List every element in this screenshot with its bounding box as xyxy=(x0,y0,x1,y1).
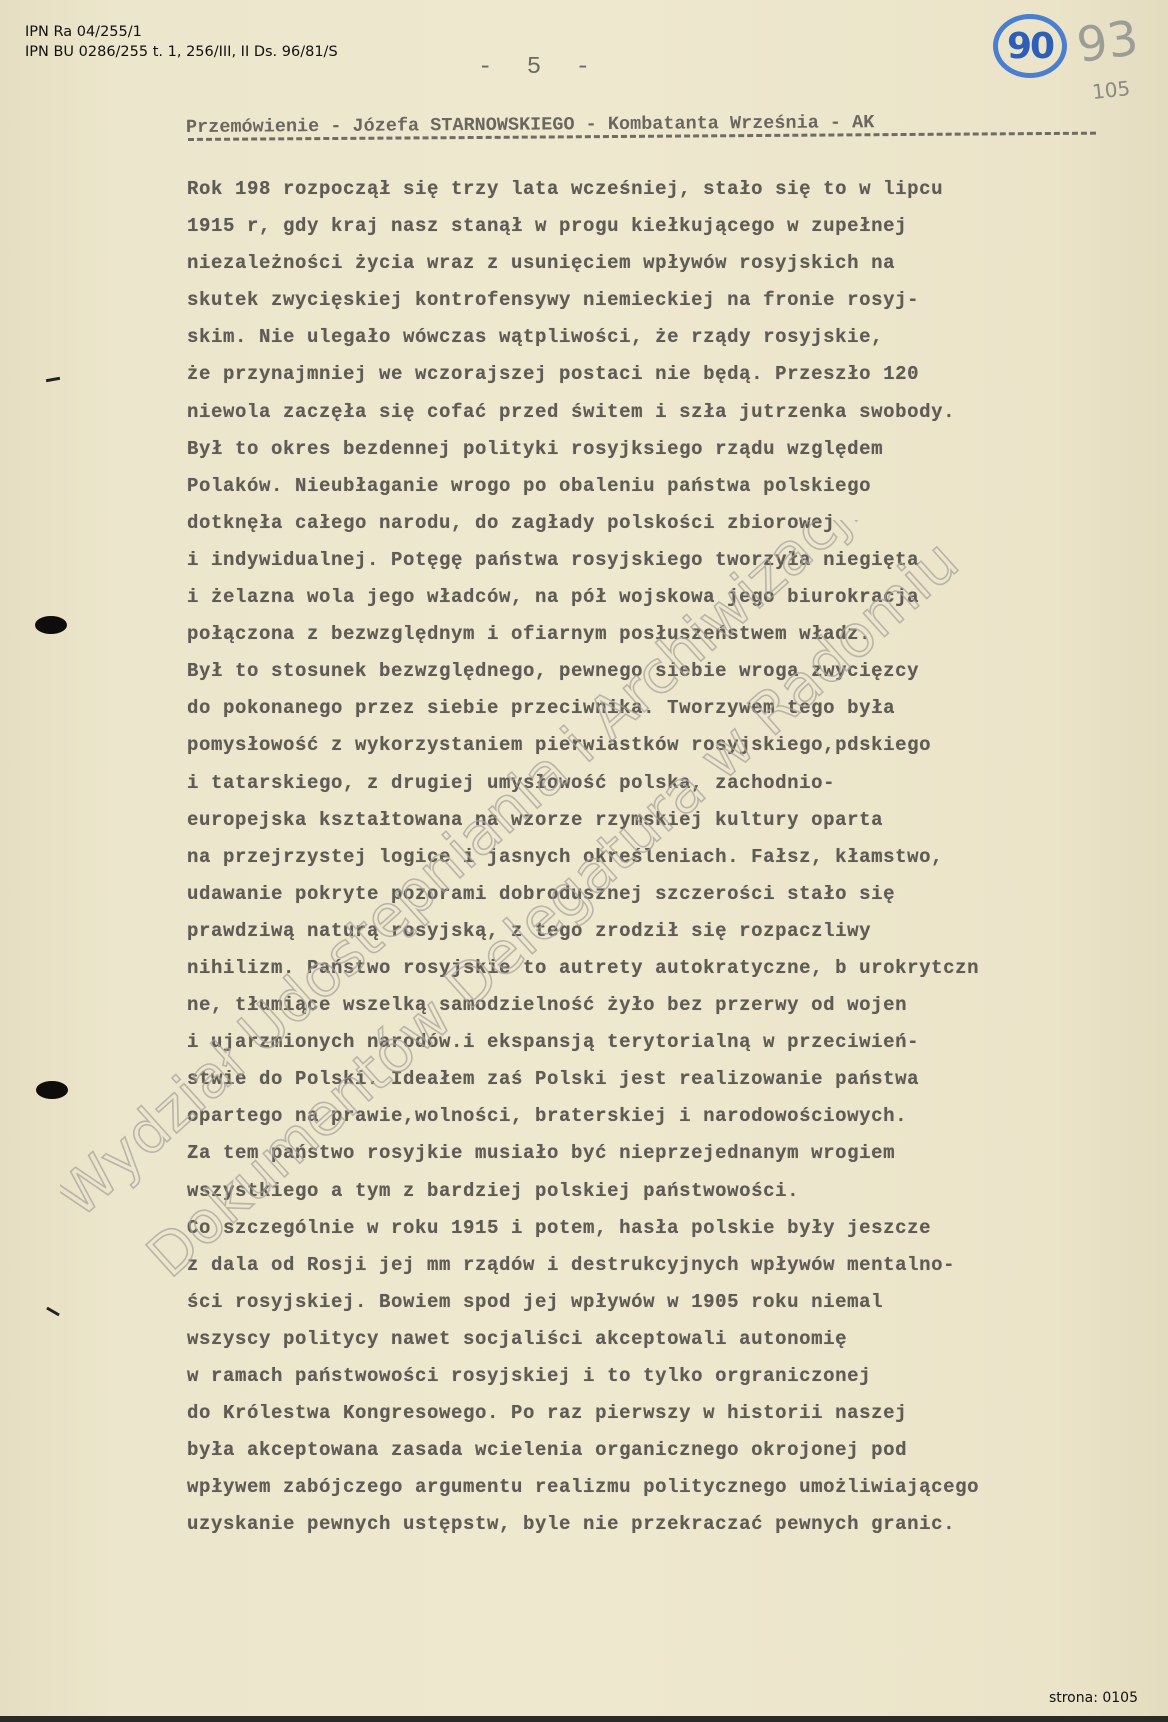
scan-bottom-edge xyxy=(0,1716,1168,1722)
page-marker: - 5 - xyxy=(478,54,600,81)
body-line: dotknęła całego narodu, do zagłady polsk… xyxy=(187,512,1168,549)
body-line: Za tem państwo rosyjkie musiało być niep… xyxy=(187,1142,1168,1179)
body-line: wpływem zabójczego argumentu realizmu po… xyxy=(187,1476,1168,1513)
handwritten-folio-subnumber: 105 xyxy=(1091,76,1131,104)
archive-reference: IPN Ra 04/255/1 IPN BU 0286/255 t. 1, 25… xyxy=(25,22,338,62)
body-line: Co szczególnie w roku 1915 i potem, hasł… xyxy=(187,1217,1168,1254)
body-line: stwie do Polski. Ideałem zaś Polski jest… xyxy=(187,1068,1168,1105)
body-line: nihilizm. Państwo rosyjskie to autrety a… xyxy=(187,957,1168,994)
body-line: niezależności życia wraz z usunięciem wp… xyxy=(187,252,1168,289)
body-line: pomysłowość z wykorzystaniem pierwiastkó… xyxy=(187,734,1168,771)
body-line: Rok 198 rozpoczął się trzy lata wcześnie… xyxy=(187,178,1168,215)
body-line: z dala od Rosji jej mm rządów i destrukc… xyxy=(187,1254,1168,1291)
body-line: niewola zaczęła się cofać przed świtem i… xyxy=(187,401,1168,438)
body-line: Był to stosunek bezwzględnego, pewnego s… xyxy=(187,660,1168,697)
archive-reference-line-2: IPN BU 0286/255 t. 1, 256/III, II Ds. 96… xyxy=(25,42,338,62)
punch-hole xyxy=(35,616,67,634)
handwritten-folio-number: 93 xyxy=(1073,10,1141,74)
body-line: była akceptowana zasada wcielenia organi… xyxy=(187,1439,1168,1476)
body-line: opartego na prawie,wolności, braterskiej… xyxy=(187,1105,1168,1142)
archive-stamp: 90 xyxy=(993,14,1067,78)
body-line: na przejrzystej logice i jasnych określe… xyxy=(187,846,1168,883)
body-line: 1915 r, gdy kraj nasz stanął w progu kie… xyxy=(187,215,1168,252)
body-line: do Królestwa Kongresowego. Po raz pierws… xyxy=(187,1402,1168,1439)
ink-mark xyxy=(46,377,60,382)
body-line: i żelazna wola jego władców, na pół wojs… xyxy=(187,586,1168,623)
body-line: skim. Nie ulegało wówczas wątpliwości, ż… xyxy=(187,326,1168,363)
body-line: połączona z bezwzględnym i ofiarnym posł… xyxy=(187,623,1168,660)
body-line: Był to okres bezdennej polityki rosyjksi… xyxy=(187,438,1168,475)
body-line: Polaków. Nieubłaganie wrogo po obaleniu … xyxy=(187,475,1168,512)
body-line: że przynajmniej we wczorajszej postaci n… xyxy=(187,363,1168,400)
punch-hole xyxy=(36,1081,68,1099)
archive-reference-line-1: IPN Ra 04/255/1 xyxy=(25,22,338,42)
document-body: Rok 198 rozpoczął się trzy lata wcześnie… xyxy=(187,178,1168,1550)
body-line: ści rosyjskiej. Bowiem spod jej wpływów … xyxy=(187,1291,1168,1328)
document-page: IPN Ra 04/255/1 IPN BU 0286/255 t. 1, 25… xyxy=(0,0,1168,1716)
body-line: i ujarzmionych narodów.i ekspansją teryt… xyxy=(187,1031,1168,1068)
body-line: ne, tłumiące wszelką samodzielność żyło … xyxy=(187,994,1168,1031)
ink-mark xyxy=(46,1307,60,1317)
body-line: skutek zwycięskiej kontrofensywy niemiec… xyxy=(187,289,1168,326)
body-line: do pokonanego przez siebie przeciwnika. … xyxy=(187,697,1168,734)
body-line: europejska kształtowana na wzorze rzymsk… xyxy=(187,809,1168,846)
body-line: wszystkiego a tym z bardziej polskiej pa… xyxy=(187,1180,1168,1217)
body-line: udawanie pokryte pozorami dobrodusznej s… xyxy=(187,883,1168,920)
body-line: uzyskanie pewnych ustępstw, byle nie prz… xyxy=(187,1513,1168,1550)
body-line: wszyscy politycy nawet socjaliści akcept… xyxy=(187,1328,1168,1365)
body-line: i indywidualnej. Potęgę państwa rosyjski… xyxy=(187,549,1168,586)
body-line: w ramach państwowości rosyjskiej i to ty… xyxy=(187,1365,1168,1402)
body-line: prawdziwą naturą rosyjską, z tego zrodzi… xyxy=(187,920,1168,957)
body-line: i tatarskiego, z drugiej umysłowość pols… xyxy=(187,772,1168,809)
page-footer-label: strona: 0105 xyxy=(1049,1690,1138,1706)
